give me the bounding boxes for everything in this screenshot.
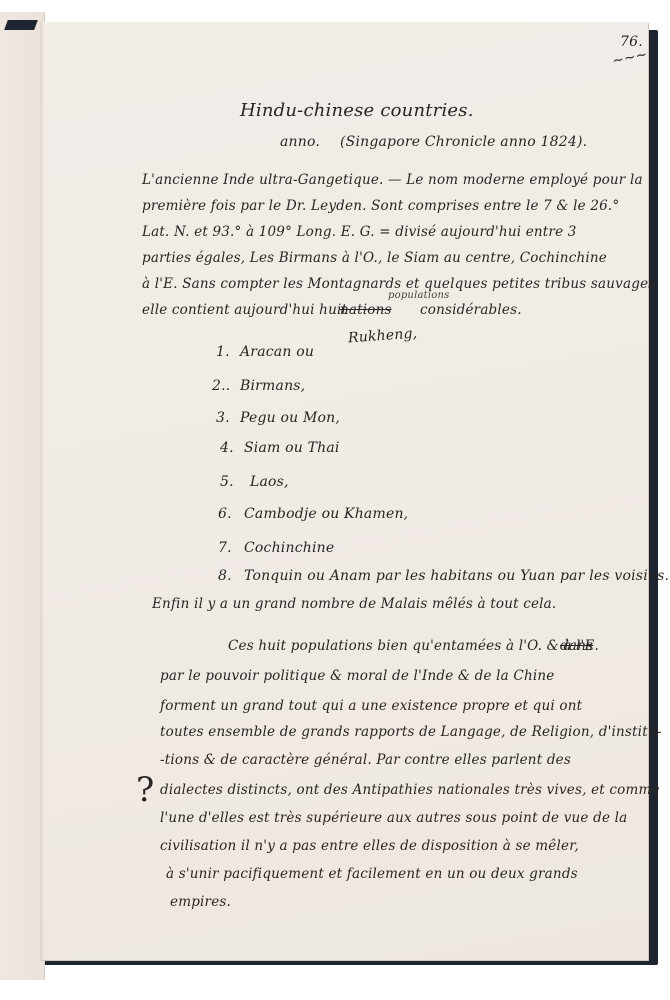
intro-line: parties égales, Les Birmans à l'O., le S… [142,250,607,266]
intro-line: elle contient aujourd'hui huit [142,302,347,318]
paragraph-line: toutes ensemble de grands rapports de La… [160,724,661,740]
manuscript-page: 76. ~~~ Hindu-chinese countries. anno. (… [40,22,648,960]
list-item: Cochinchine [244,540,334,556]
paragraph-line: empires. [170,894,231,910]
intro-line: première fois par le Dr. Leyden. Sont co… [142,198,619,214]
list-item: Laos, [250,474,289,490]
marginal-bracket-mark: ? [136,770,154,810]
struck-word: nations [340,302,392,318]
cover-corner [4,20,38,30]
page-title: Hindu-chinese countries. [240,100,474,121]
list-item: Aracan ou [240,344,314,360]
list-number: 4. [220,440,234,456]
list-item: Siam ou Thai [244,440,340,456]
list-item: Pegu ou Mon, [240,410,340,426]
paragraph-line: Ces huit populations bien qu'entamées à … [228,638,599,654]
paragraph-line: dialectes distincts, ont des Antipathies… [160,782,660,798]
after-list-line: Enfin il y a un grand nombre de Malais m… [152,596,556,612]
page-gutter [40,22,44,960]
list-number: 8. [218,568,232,584]
intro-line: Lat. N. et 93.° à 109° Long. E. G. = div… [142,224,577,240]
list-number: 7. [218,540,232,556]
list-number: 5. [220,474,234,490]
list-number: 3. [216,410,230,426]
list-annotation: Rukheng, [348,326,418,347]
struck-word: dans [560,638,593,654]
paragraph-line: forment un grand tout qui a une existenc… [160,698,582,714]
paragraph-line: l'une d'elles est très supérieure aux au… [160,810,627,826]
intro-line: L'ancienne Inde ultra-Gangetique. — Le n… [142,172,643,188]
intro-line-end: considérables. [420,302,522,318]
list-item: Birmans, [240,378,305,394]
list-number: 6. [218,506,232,522]
list-item: Cambodje ou Khamen, [244,506,408,522]
subtitle-prefix: anno. [280,134,320,150]
left-page-edge [0,12,45,980]
inserted-word: populations [388,290,449,301]
paragraph-line: par le pouvoir politique & moral de l'In… [160,668,554,684]
list-number: 2.. [212,378,230,394]
list-number: 1. [216,344,230,360]
source-citation: (Singapore Chronicle anno 1824). [340,134,587,150]
paragraph-line: à s'unir pacifiquement et facilement en … [166,866,578,882]
paragraph-line: civilisation il n'y a pas entre elles de… [160,838,579,854]
folio-mark: ~~~ [611,46,649,69]
list-item: Tonquin ou Anam par les habitans ou Yuan… [244,568,669,584]
paragraph-line: -tions & de caractère général. Par contr… [160,752,571,768]
